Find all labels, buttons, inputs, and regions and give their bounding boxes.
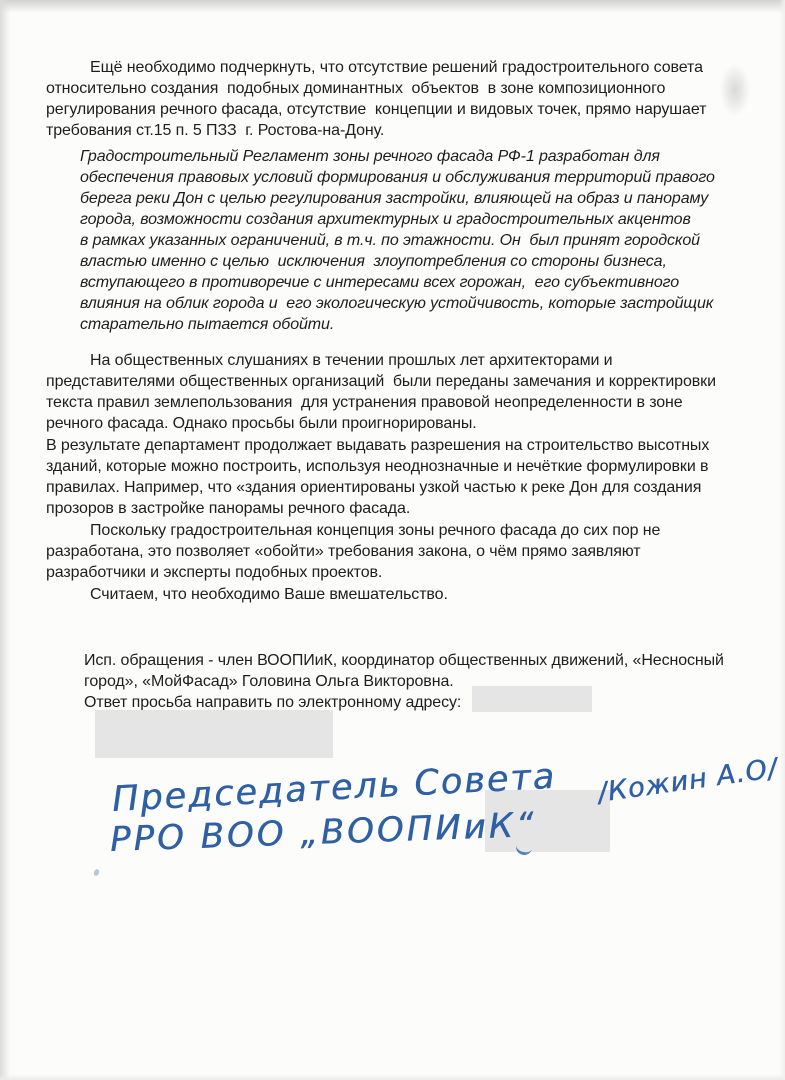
- text-line: разработчики и эксперты подобных проекто…: [46, 562, 660, 583]
- text-line: властью именно с целью исключения злоупо…: [80, 251, 715, 272]
- text-line: На общественных слушаниях в течении прош…: [46, 350, 716, 371]
- text-line: Градостроительный Регламент зоны речного…: [80, 146, 715, 167]
- handwritten-signature: /Кожин А.О/: [596, 753, 780, 809]
- text-line: текста правил землепользования для устра…: [46, 392, 716, 413]
- redaction-box-contact: [95, 710, 333, 758]
- pen-stroke-artifact: [514, 838, 533, 856]
- scan-smudge-artifact: [720, 64, 750, 116]
- text-line: города, возможности создания архитектурн…: [80, 209, 715, 230]
- text-line: старательно пытается обойти.: [80, 314, 715, 335]
- text-line: Ещё необходимо подчеркнуть, что отсутств…: [46, 57, 706, 78]
- contact-block: Исп. обращения - член ВООПИиК, координат…: [84, 650, 724, 713]
- text-line: относительно создания подобных доминантн…: [46, 78, 706, 99]
- redaction-box-email: [472, 686, 592, 712]
- text-line: влияния на облик города и его экологичес…: [80, 293, 715, 314]
- text-line: Поскольку градостроительная концепция зо…: [46, 520, 660, 541]
- text-line: берега реки Дон с целью регулирования за…: [80, 188, 715, 209]
- text-line: в рамках указанных ограничений, в т.ч. п…: [80, 230, 715, 251]
- scan-edge-right: [779, 0, 785, 1080]
- text-line: обеспечения правовых условий формировани…: [80, 167, 715, 188]
- paragraph-regulation-italic: Градостроительный Регламент зоны речного…: [80, 146, 715, 335]
- text-line: Исп. обращения - член ВООПИиК, координат…: [84, 650, 724, 671]
- paragraph-opening: Ещё необходимо подчеркнуть, что отсутств…: [46, 57, 706, 141]
- text-line: требования ст.15 п. 5 ПЗЗ г. Ростова-на-…: [46, 120, 706, 141]
- paragraph-department: В результате департамент продолжает выда…: [46, 435, 709, 519]
- scan-edge-bottom: [0, 1074, 785, 1080]
- text-line: речного фасада. Однако просьбы были прои…: [46, 413, 716, 434]
- text-line: город», «МойФасад» Головина Ольга Виктор…: [84, 671, 724, 692]
- text-line: регулирования речного фасада, отсутствие…: [46, 99, 706, 120]
- text-line: вступающего в противоречие с интересами …: [80, 272, 715, 293]
- pen-dot-artifact: [93, 868, 100, 876]
- paragraph-conclusion: Считаем, что необходимо Ваше вмешательст…: [46, 584, 448, 605]
- text-line: прозоров в застройке панорамы речного фа…: [46, 498, 709, 519]
- scan-edge-top: [0, 0, 785, 13]
- text-line: правилах. Например, что «здания ориентир…: [46, 477, 709, 498]
- text-line: В результате департамент продолжает выда…: [46, 435, 709, 456]
- text-line: разработана, это позволяет «обойти» треб…: [46, 541, 660, 562]
- paragraph-public-hearings: На общественных слушаниях в течении прош…: [46, 350, 716, 434]
- scan-edge-left: [0, 0, 10, 1080]
- text-line: Считаем, что необходимо Ваше вмешательст…: [46, 584, 448, 605]
- text-line: представителями общественных организаций…: [46, 371, 716, 392]
- scanned-letter-page: Ещё необходимо подчеркнуть, что отсутств…: [0, 0, 785, 1080]
- text-line: зданий, которые можно построить, использ…: [46, 456, 709, 477]
- paragraph-concept: Поскольку градостроительная концепция зо…: [46, 520, 660, 583]
